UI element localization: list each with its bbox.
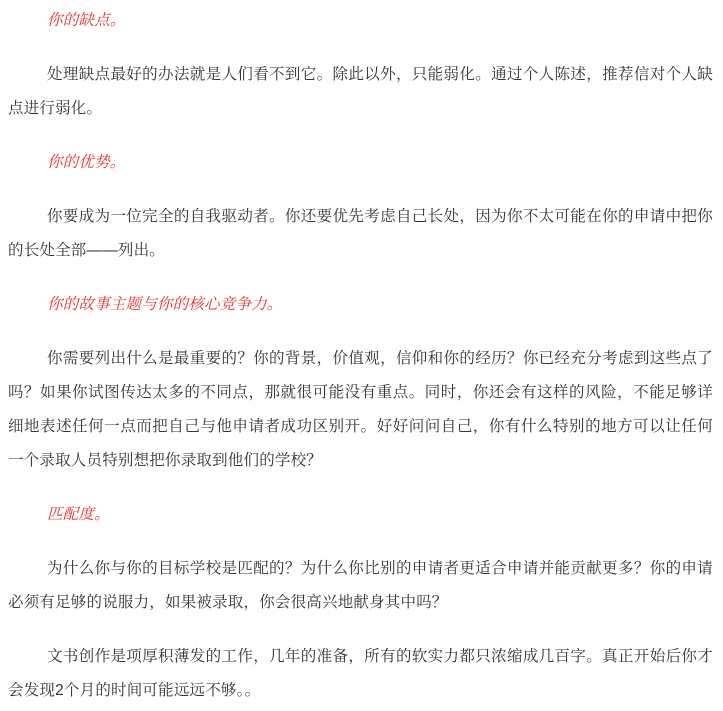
body-paragraph: 处理缺点最好的办法就是人们看不到它。除此以外，只能弱化。通过个人陈述，推荐信对个… xyxy=(8,58,713,126)
section-heading: 你的故事主题与你的核心竞争力。 xyxy=(8,288,713,322)
article-content: 你的缺点。处理缺点最好的办法就是人们看不到它。除此以外，只能弱化。通过个人陈述，… xyxy=(8,4,713,708)
body-paragraph: 你需要列出什么是最重要的？你的背景，价值观，信仰和你的经历？你已经充分考虑到这些… xyxy=(8,342,713,478)
body-paragraph: 文书创作是项厚积薄发的工作，几年的准备，所有的软实力都只浓缩成几百字。真正开始后… xyxy=(8,640,713,708)
section-heading: 匹配度。 xyxy=(8,498,713,532)
body-paragraph: 你要成为一位完全的自我驱动者。你还要优先考虑自己长处，因为你不太可能在你的申请中… xyxy=(8,200,713,268)
document-page: 你的缺点。处理缺点最好的办法就是人们看不到它。除此以外，只能弱化。通过个人陈述，… xyxy=(0,0,723,711)
section-heading: 你的优势。 xyxy=(8,146,713,180)
body-paragraph: 为什么你与你的目标学校是匹配的？为什么你比别的申请者更适合申请并能贡献更多？你的… xyxy=(8,552,713,620)
section-heading: 你的缺点。 xyxy=(8,4,713,38)
